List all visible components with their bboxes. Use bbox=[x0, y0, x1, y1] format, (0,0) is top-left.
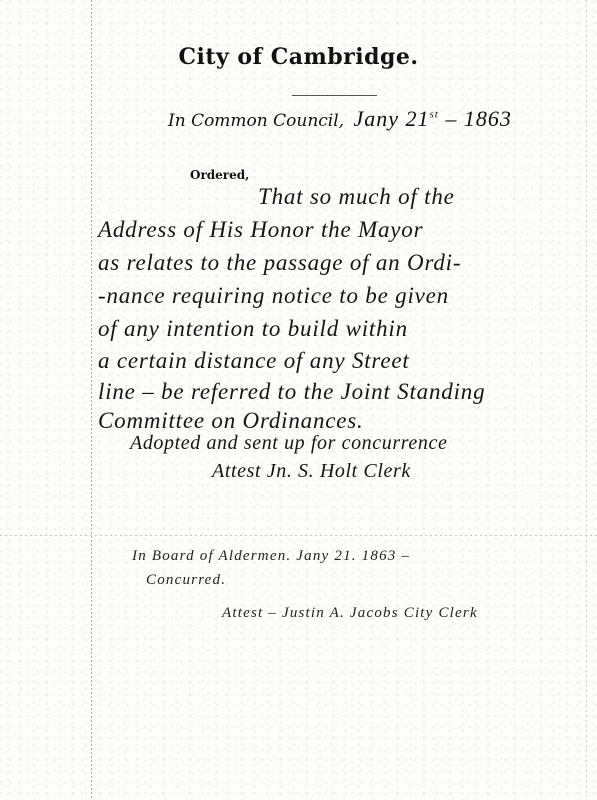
council-date-day: Jany 21 bbox=[353, 106, 429, 131]
council-date: Jany 21st – 1863 bbox=[353, 106, 511, 131]
order-line-3: as relates to the passage of an Ordi- bbox=[98, 250, 461, 276]
ordered-label: Ordered, bbox=[190, 168, 249, 182]
order-line-5: of any intention to build within bbox=[98, 316, 408, 342]
order-line-2: Address of His Honor the Mayor bbox=[98, 217, 423, 243]
order-line-1: That so much of the bbox=[258, 184, 455, 210]
council-prefix: In Common Council, bbox=[168, 111, 344, 131]
council-year: – 1863 bbox=[445, 106, 512, 131]
council-date-line: In Common Council, Jany 21st – 1863 bbox=[168, 106, 512, 132]
title-divider bbox=[292, 95, 377, 96]
adopted-line: Adopted and sent up for concurrence bbox=[130, 432, 447, 455]
council-date-suffix: st bbox=[430, 109, 439, 121]
margin-rule bbox=[91, 0, 92, 800]
aldermen-concurred: Concurred. bbox=[146, 572, 226, 589]
aldermen-attest-line: Attest – Justin A. Jacobs City Clerk bbox=[222, 605, 478, 622]
right-edge-rule bbox=[586, 0, 587, 800]
document-page: City of Cambridge. In Common Council, Ja… bbox=[0, 0, 597, 800]
paper-fold-line bbox=[0, 535, 597, 536]
order-line-4: -nance requiring notice to be given bbox=[98, 283, 449, 309]
aldermen-line-1: In Board of Aldermen. Jany 21. 1863 – bbox=[132, 548, 410, 565]
order-line-8: Committee on Ordinances. bbox=[98, 408, 364, 434]
order-line-7: line – be referred to the Joint Standing bbox=[98, 379, 485, 405]
attest-clerk-line: Attest Jn. S. Holt Clerk bbox=[212, 460, 411, 483]
document-title: City of Cambridge. bbox=[0, 44, 597, 70]
order-line-6: a certain distance of any Street bbox=[98, 348, 410, 374]
